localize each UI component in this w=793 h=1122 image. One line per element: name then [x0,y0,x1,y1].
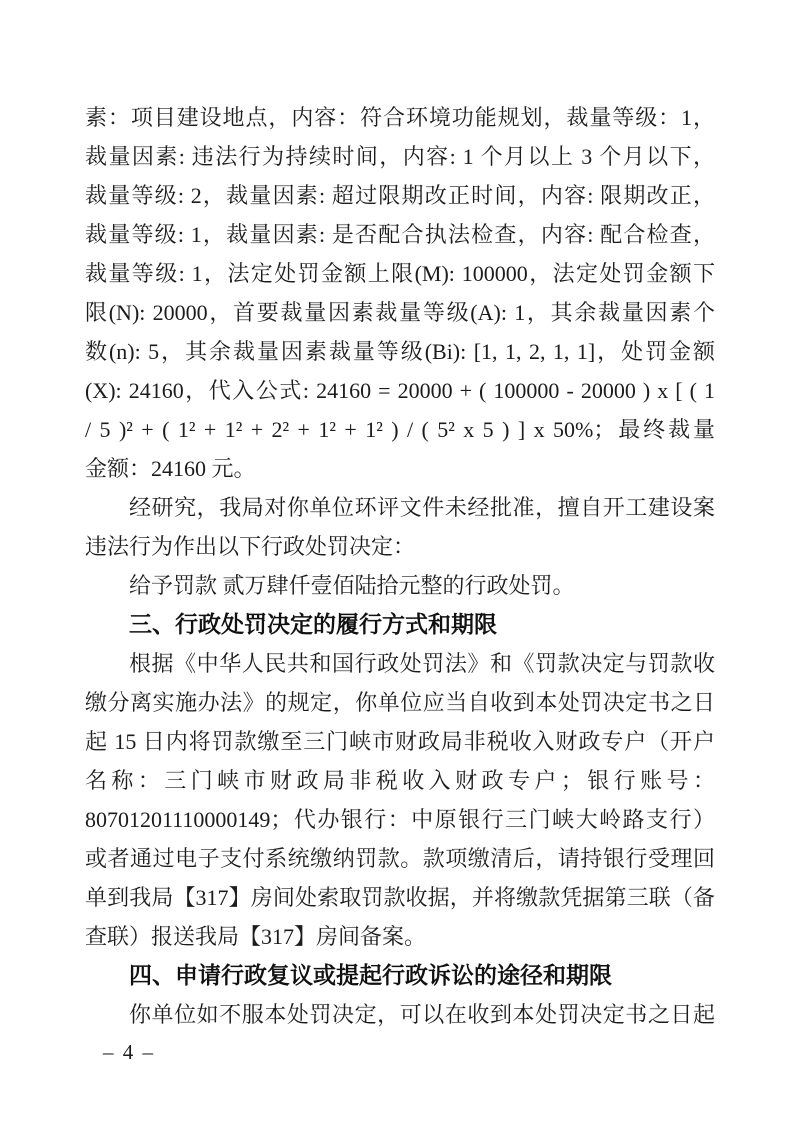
page-number: – 4 – [103,1038,155,1066]
text-line: 素：项目建设地点，内容：符合环境功能规划，裁量等级：1， [85,98,715,137]
text-line: 根据《中华人民共和国行政处罚法》和《罚款决定与罚款收 [85,644,715,683]
text-line: 裁量等级: 1，裁量因素: 是否配合执法检查，内容: 配合检查， [85,215,715,254]
text-line: 给予罚款 贰万肆仟壹佰陆拾元整的行政处罚。 [85,566,715,605]
text-line: (X): 24160，代入公式: 24160 = 20000 + ( 10000… [85,371,715,410]
document-body: 素：项目建设地点，内容：符合环境功能规划，裁量等级：1，裁量因素: 违法行为持续… [85,98,715,1034]
text-line: 单到我局【317】房间处索取罚款收据，并将缴款凭据第三联（备 [85,878,715,917]
text-line: 缴分离实施办法》的规定，你单位应当自收到本处罚决定书之日 [85,683,715,722]
text-line: / 5 )² + ( 1² + 1² + 2² + 1² + 1² ) / ( … [85,410,715,449]
text-line: 或者通过电子支付系统缴纳罚款。款项缴清后，请持银行受理回 [85,839,715,878]
text-line: 裁量因素: 违法行为持续时间，内容: 1 个月以上 3 个月以下， [85,137,715,176]
text-line: 经研究，我局对你单位环评文件未经批准，擅自开工建设案 [85,488,715,527]
text-line: 起 15 日内将罚款缴至三门峡市财政局非税收入财政专户（开户 [85,722,715,761]
text-line: 查联）报送我局【317】房间备案。 [85,917,715,956]
document-page: 素：项目建设地点，内容：符合环境功能规划，裁量等级：1，裁量因素: 违法行为持续… [0,0,793,1122]
text-line: 数(n): 5，其余裁量因素裁量等级(Bi): [1, 1, 2, 1, 1]，… [85,332,715,371]
text-line: 限(N): 20000，首要裁量因素裁量等级(A): 1，其余裁量因素个 [85,293,715,332]
text-line: 你单位如不服本处罚决定，可以在收到本处罚决定书之日起 [85,995,715,1034]
text-line: 金额：24160 元。 [85,449,715,488]
section-heading: 四、申请行政复议或提起行政诉讼的途径和期限 [85,956,715,995]
text-line: 名称：三门峡市财政局非税收入财政专户；银行账号： [85,761,715,800]
text-line: 裁量等级: 2，裁量因素: 超过限期改正时间，内容: 限期改正， [85,176,715,215]
section-heading: 三、行政处罚决定的履行方式和期限 [85,605,715,644]
text-line: 80701201110000149；代办银行：中原银行三门峡大岭路支行） [85,800,715,839]
text-line: 违法行为作出以下行政处罚决定： [85,527,715,566]
text-line: 裁量等级: 1，法定处罚金额上限(M): 100000，法定处罚金额下 [85,254,715,293]
